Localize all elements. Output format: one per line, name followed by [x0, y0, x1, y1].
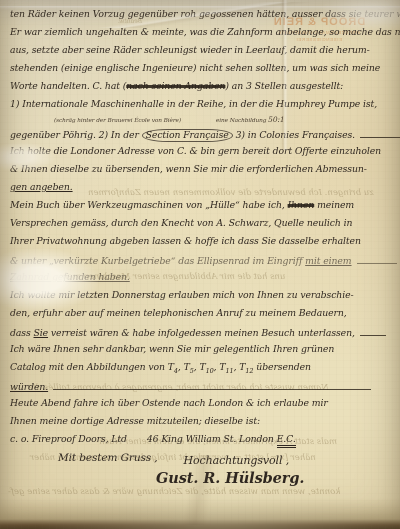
letter-line: & unter „verkürzte Kurbelgetriebe“ das E…: [10, 251, 392, 269]
letter-line: (schräg hinter der Brauerei École von Bi…: [10, 114, 392, 125]
letter-line: ten Räder keinen Vorzug gegenüber roh ge…: [10, 6, 392, 24]
letter-segment: aus, setzte aber seine Räder schleunigst…: [10, 45, 370, 56]
letter-segment: & unter „verkürzte Kurbelgetriebe“ das E…: [10, 256, 305, 267]
letter-segment-underline: gen angeben.: [10, 182, 73, 193]
letter-segment-underline: Sie: [34, 328, 49, 339]
letter-segment: , T: [214, 362, 226, 373]
letter-segment: ten Räder keinen Vorzug gegenüber roh ge…: [10, 9, 400, 20]
letter-segment: Ich wollte mir letzten Donnerstag erlaub…: [10, 290, 354, 301]
letter-segment-dblunder: E.C.: [277, 434, 296, 448]
letter-line: den, erfuhr aber auf meinen telephonisch…: [10, 305, 392, 323]
letter-segment: (schräg hinter der Brauerei École von Bi…: [54, 118, 181, 124]
letter-segment: Mein Buch über Werkzeugmaschinen von „Hü…: [10, 200, 288, 211]
letter-line: Heute Abend fahre ich über Ostende nach …: [10, 395, 392, 413]
letter-segment: Worte handelten. C. hat (: [10, 81, 126, 92]
letter-line: Er war ziemlich ungehalten & meinte, was…: [10, 24, 392, 42]
letter-segment-rule: [360, 125, 400, 138]
letter-segment: gegenüber Pöhrig. 2) In der: [10, 130, 142, 141]
letter-segment-sub: 10: [206, 367, 214, 375]
letter-line: Ihrer Privatwohnung abgeben lassen & hof…: [10, 233, 392, 251]
letter-line: stehenden (einige englische Ingenieure) …: [10, 60, 392, 78]
letter-segment-rule: [53, 377, 371, 390]
letter-line: & Ihnen dieselbe zu übersenden, wenn Sie…: [10, 161, 392, 179]
letter-segment: meinem: [314, 200, 354, 211]
letter-segment: Heute Abend fahre ich über Ostende nach …: [10, 398, 328, 409]
letter-line: würden.: [10, 377, 392, 395]
letter-segment-strike: Ihnen: [288, 200, 315, 211]
letter-segment: stehenden (einige englische Ingenieure) …: [10, 63, 380, 74]
letter-segment: den, erfuhr aber auf meinen telephonisch…: [10, 308, 347, 319]
letter-scan: DROOP & REIN WERKZEUGMASCHINENFABRIK EIS…: [0, 0, 400, 529]
letter-line: Worte handelten. C. hat (nach seinen Ang…: [10, 78, 392, 96]
letter-segment: c. o. Fireproof Doors, Ltd 46 King Willi…: [10, 434, 277, 445]
letter-segment-circle: Section Française: [142, 129, 233, 142]
letter-segment-underline: Zahnrad gefunden haben.: [10, 272, 130, 283]
letter-segment-underline: mit einem: [305, 256, 351, 267]
letter-segment: , T: [234, 362, 246, 373]
letter-segment-drop: Hochachtungsvoll ,: [158, 454, 290, 467]
letter-segment: Catalog mit den Abbildungen von T: [10, 362, 174, 373]
letter-line: gen angeben.: [10, 179, 392, 197]
letter-segment: Ihrer Privatwohnung abgeben lassen & hof…: [10, 236, 361, 247]
letter-body: ten Räder keinen Vorzug gegenüber roh ge…: [0, 0, 400, 491]
letter-segment: verreist wären & habe infolgedessen mein…: [48, 328, 355, 339]
letter-segment: ) an 3 Stellen ausgestellt:: [225, 81, 343, 92]
letter-segment-strike: nach seinen Angaben: [126, 81, 225, 92]
letter-segment: , T: [194, 362, 206, 373]
letter-line: Mein Buch über Werkzeugmaschinen von „Hü…: [10, 197, 392, 215]
letter-segment-sub: 11: [225, 367, 233, 375]
letter-line: Catalog mit den Abbildungen von T4, T5, …: [10, 359, 392, 377]
letter-segment: Ich holte die Londoner Adresse von C. & …: [10, 146, 381, 157]
letter-line: c. o. Fireproof Doors, Ltd 46 King Willi…: [10, 431, 392, 449]
letter-line: Mit bestem Gruss ,Hochachtungsvoll ,: [10, 449, 392, 467]
letter-line: aus, setzte aber seine Räder schleunigst…: [10, 42, 392, 60]
letter-segment: dass: [10, 328, 34, 339]
letter-segment: 1) Internationale Maschinenhalle in der …: [10, 99, 377, 110]
letter-line: gegenüber Pöhrig. 2) In der Section Fran…: [10, 125, 392, 143]
letter-segment: Mit bestem Gruss ,: [58, 452, 158, 464]
letter-line: 1) Internationale Maschinenhalle in der …: [10, 96, 392, 114]
letter-segment: übersenden: [253, 362, 310, 373]
letter-segment: 3) in Colonies Françaises.: [233, 130, 355, 141]
letter-line: Ihnen meine dortige Adresse mitzuteilen;…: [10, 413, 392, 431]
letter-segment-rule: [360, 323, 386, 336]
letter-segment: Gust. R. Hülsberg.: [156, 470, 304, 487]
letter-segment: & Ihnen dieselbe zu übersenden, wenn Sie…: [10, 164, 367, 175]
letter-line: Gust. R. Hülsberg.: [10, 467, 392, 491]
letter-segment: Ich wäre Ihnen sehr dankbar, wenn Sie mi…: [10, 344, 334, 355]
letter-segment: Er war ziemlich ungehalten & meinte, was…: [10, 27, 400, 38]
letter-segment: Versprechen gemäss, durch den Knecht von…: [10, 218, 352, 229]
letter-line: Ich holte die Londoner Adresse von C. & …: [10, 143, 392, 161]
letter-line: dass Sie verreist wären & habe infolgede…: [10, 323, 392, 341]
letter-segment-underline: würden.: [10, 382, 48, 393]
letter-line: Versprechen gemäss, durch den Knecht von…: [10, 215, 392, 233]
letter-segment: , T: [178, 362, 190, 373]
letter-line: Zahnrad gefunden haben.: [10, 269, 392, 287]
letter-segment: Ihnen meine dortige Adresse mitzuteilen;…: [10, 416, 260, 427]
letter-line: Ich wollte mir letzten Donnerstag erlaub…: [10, 287, 392, 305]
letter-segment: eine Nachbildung: [181, 118, 268, 124]
letter-line: Ich wäre Ihnen sehr dankbar, wenn Sie mi…: [10, 341, 392, 359]
letter-segment-notebig: 50:1: [268, 115, 284, 124]
letter-segment-rule: [357, 251, 397, 264]
